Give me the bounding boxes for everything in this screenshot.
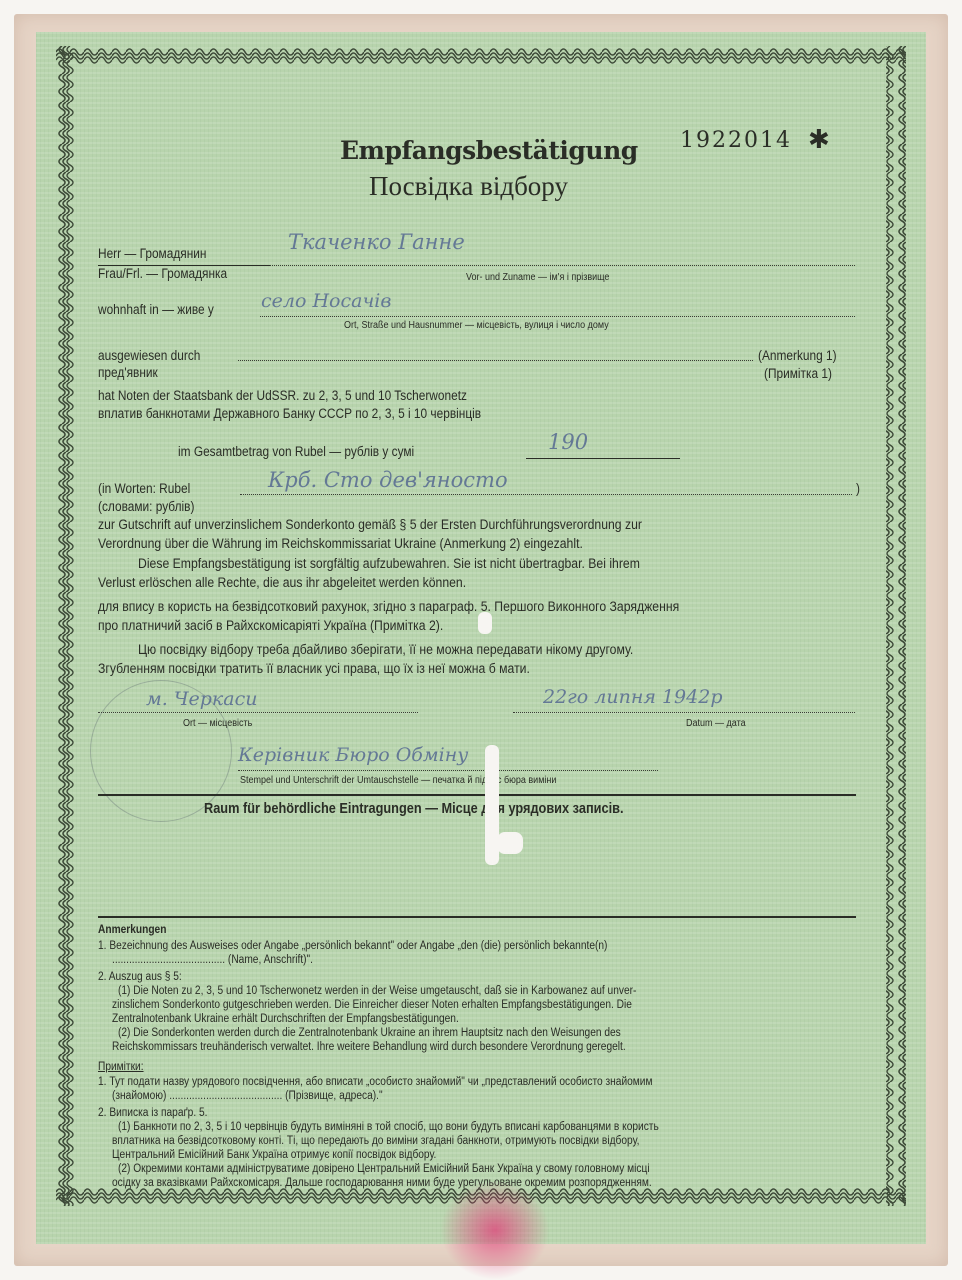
- body-de-4: Verlust erlöschen alle Rechte, die aus i…: [98, 573, 849, 592]
- note-uk-2-1b: вплатника на безвідсотковому конті. Ті, …: [112, 1135, 873, 1149]
- label-herr: Herr — Громадянин: [98, 246, 206, 261]
- body-de-2: Verordnung über die Währung im Reichskom…: [98, 534, 849, 553]
- note-1-uk: (Примітка 1): [764, 366, 832, 381]
- label-frau: Frau/Frl. — Громадянка: [98, 266, 227, 281]
- in-words-closing: ): [856, 481, 860, 496]
- body-de-3: Diese Empfangsbestätigung ist sorgfältig…: [138, 554, 853, 573]
- in-words-line: [240, 494, 852, 495]
- signature-handwritten: Керівник Бюро Обміну: [238, 744, 468, 766]
- label-in-words-de: (in Worten: Rubel: [98, 481, 190, 496]
- name-caption: Vor- und Zuname — ім'я і прізвище: [466, 272, 609, 283]
- notes-de-heading: Anmerkungen: [98, 924, 859, 938]
- name-handwritten: Ткаченко Ганне: [288, 230, 465, 254]
- title-german: Empfangsbestätigung: [340, 136, 638, 165]
- note-uk-2-1a: (1) Банкноти по 2, 3, 5 і 10 червінців б…: [118, 1121, 879, 1135]
- note-de-2-2a: (2) Die Sonderkonten werden durch die Ze…: [118, 1027, 879, 1041]
- date-handwritten: 22го липня 1942р: [543, 686, 722, 708]
- residence-handwritten: село Носачів: [261, 290, 391, 312]
- residence-caption: Ort, Straße und Hausnummer — місцевість,…: [344, 320, 609, 331]
- official-space-label: Raum für behördliche Eintragungen — Місц…: [204, 801, 624, 817]
- divider-notes: [98, 916, 856, 918]
- divider-official: [98, 794, 856, 796]
- body-uk-3: Цю посвідку відбору треба дбайливо збері…: [138, 640, 853, 659]
- date-line: [513, 712, 855, 713]
- title-ukrainian: Посвідка відбору: [369, 171, 568, 202]
- note-de-2-1a: (1) Die Noten zu 2, 3, 5 und 10 Tscherwo…: [118, 985, 879, 999]
- notes-paid-uk: вплатив банкнотами Державного Банку СССР…: [98, 406, 481, 421]
- note-de-2-2b: Reichskommissars treuhänderisch verwalte…: [112, 1041, 873, 1055]
- stamp-caption: Stempel und Unterschrift der Umtauschste…: [240, 775, 556, 786]
- body-de-1: zur Gutschrift auf unverzinslichem Sonde…: [98, 515, 849, 534]
- body-uk-4: Згубленням посвідки тратить її власник у…: [98, 659, 849, 678]
- label-presenter: пред'явник: [98, 365, 158, 380]
- note-uk-1b: (знайомою) .............................…: [112, 1090, 873, 1104]
- note-de-1b: ........................................…: [112, 954, 873, 968]
- place-handwritten: м. Черкаси: [146, 688, 257, 710]
- label-residence: wohnhaft in — живе у: [98, 302, 214, 317]
- paper-tear-hole: [497, 832, 523, 854]
- body-uk-1: для впису в користь на безвідсотковий ра…: [98, 597, 849, 616]
- note-uk-1a: 1. Тут подати назву урядового посвідченн…: [98, 1076, 859, 1090]
- date-caption: Datum — дата: [686, 718, 746, 729]
- in-words-handwritten: Крб. Сто дев'яносто: [268, 468, 508, 492]
- note-de-2-head: 2. Auszug aus § 5:: [98, 971, 859, 985]
- pink-ink-stain: [440, 1180, 550, 1280]
- identified-by-line: [238, 360, 753, 361]
- notes-uk-heading: Примітки:: [98, 1061, 859, 1075]
- body-uk-2: про платничий засіб в Райхскомісаріяті У…: [98, 616, 849, 635]
- label-total: im Gesamtbetrag von Rubel — рублів у сум…: [178, 444, 414, 459]
- name-line: [270, 265, 855, 266]
- note-de-2-1c: Zentralnotenbank Ukraine erhält Durchsch…: [112, 1013, 873, 1027]
- place-line: [98, 712, 418, 713]
- note-uk-2-head: 2. Виписка із параґр. 5.: [98, 1107, 859, 1121]
- asterisk-icon: ✱: [808, 125, 830, 155]
- paper-tear-upper: [478, 612, 492, 634]
- residence-line: [260, 316, 855, 317]
- note-1-de: (Anmerkung 1): [758, 348, 837, 363]
- note-uk-2-2a: (2) Окремими контами адмініструватиме до…: [118, 1163, 879, 1177]
- place-caption: Ort — місцевість: [183, 718, 252, 729]
- note-uk-2-1c: Центральний Емісійний Банк Україна отрим…: [112, 1149, 873, 1163]
- label-identified-by: ausgewiesen durch: [98, 348, 200, 363]
- total-underline: [526, 458, 680, 459]
- note-de-1a: 1. Bezeichnung des Ausweises oder Angabe…: [98, 940, 859, 954]
- note-de-2-1b: zinslichem Sonderkonto gutgeschrieben we…: [112, 999, 873, 1013]
- notes-paid-de: hat Noten der Staatsbank der UdSSR. zu 2…: [98, 388, 467, 403]
- serial-number: 1922014: [680, 128, 792, 153]
- label-in-words-uk: (словами: рублів): [98, 499, 194, 514]
- signature-line: [238, 770, 658, 771]
- total-handwritten: 190: [548, 430, 588, 454]
